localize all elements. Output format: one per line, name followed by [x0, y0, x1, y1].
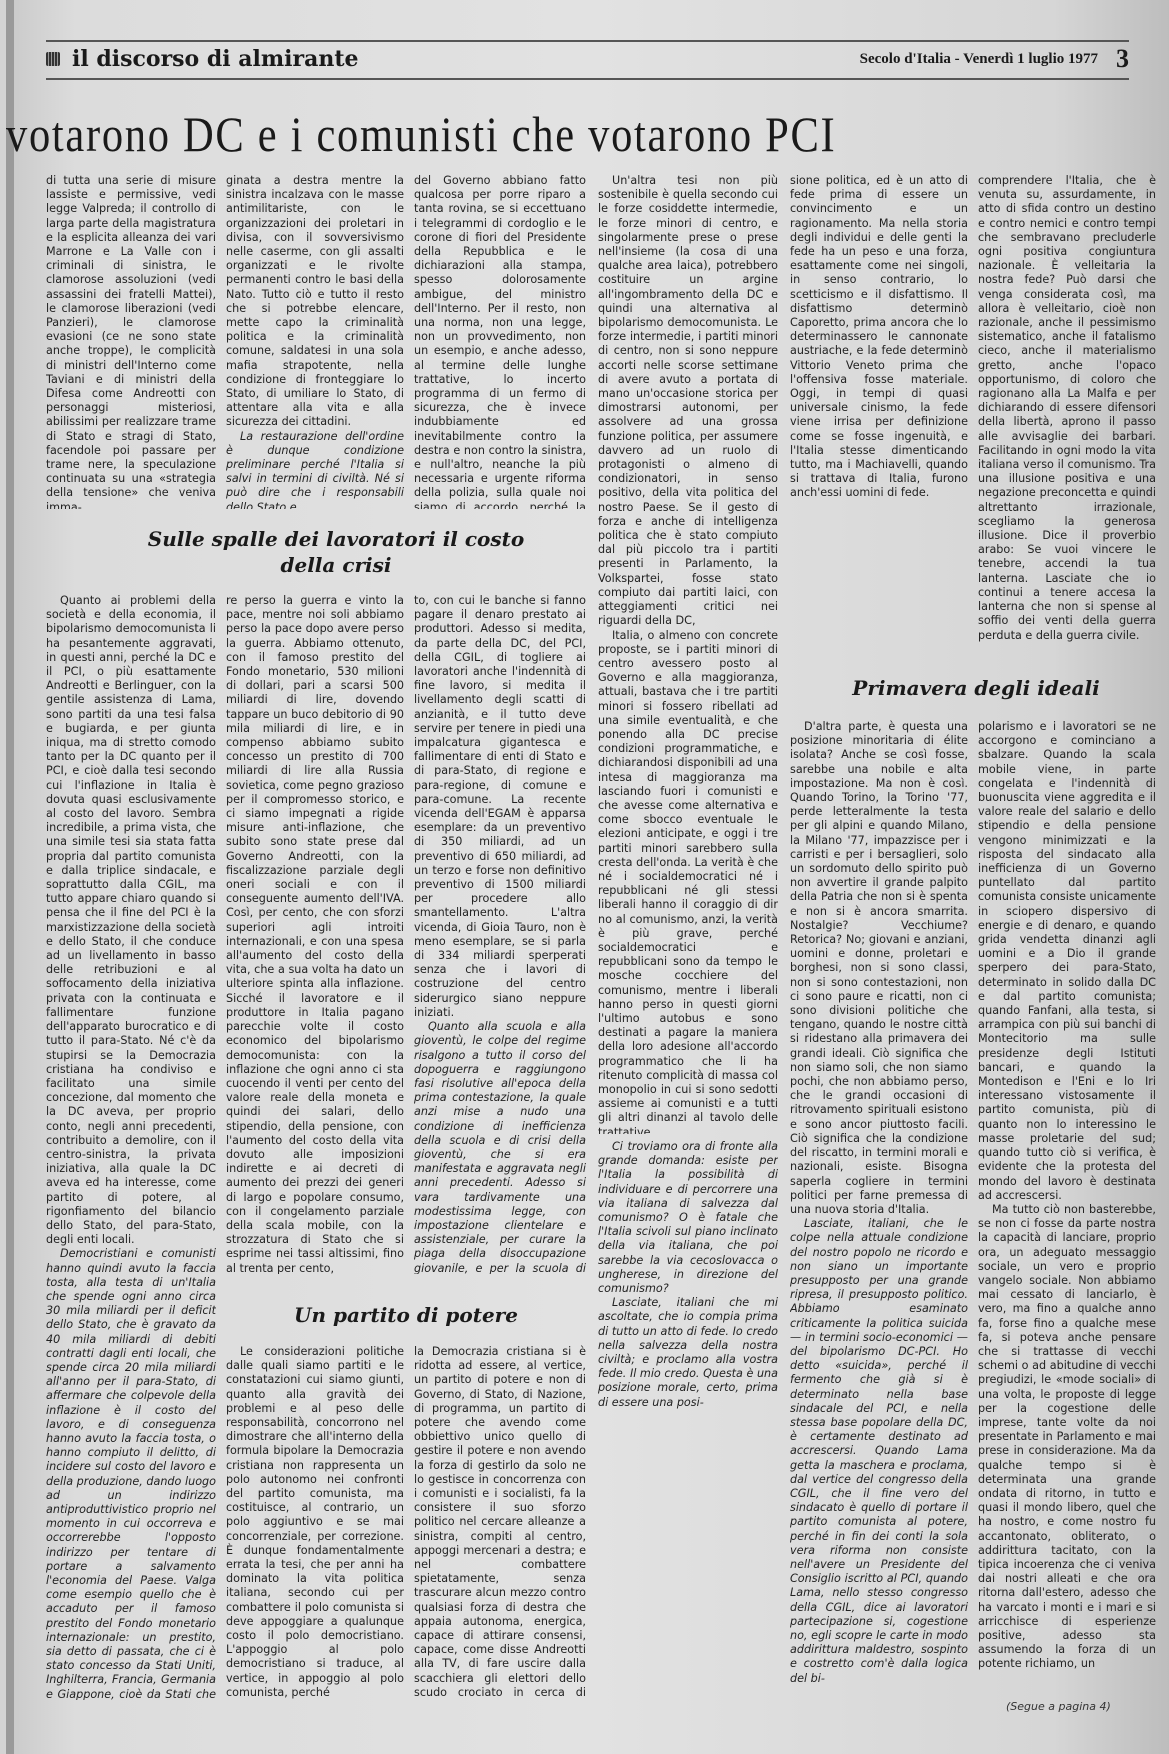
paragraph: Italia, o almeno con concrete proposte, …	[598, 629, 778, 1135]
header-rule-bottom	[46, 78, 1129, 80]
column-5-top: sione politica, ed è un atto di fede pri…	[790, 174, 968, 664]
paragraph: re perso la guerra e vinto la pace, ment…	[226, 594, 404, 1274]
paragraph: Quanto alla scuola e alla gioventù, le c…	[414, 1020, 586, 1274]
column-3-bottom: la Democrazia cristiana si è ridotta ad …	[414, 1345, 586, 1700]
column-1-mid: Quanto ai problemi della società e della…	[46, 594, 216, 1700]
paragraph: Lasciate, italiani che mi ascoltate, che…	[598, 1296, 778, 1410]
subhead-lavoratori: Sulle spalle dei lavoratori il costo del…	[146, 526, 526, 578]
paragraph: la Democrazia cristiana si è ridotta ad …	[414, 1345, 586, 1700]
paragraph: Quanto ai problemi della società e della…	[46, 594, 216, 1247]
paragraph: to, con cui le banche si fanno pagare il…	[414, 594, 586, 1020]
paragraph: del Governo abbiano fatto qualcosa per p…	[414, 174, 586, 509]
section-title: il discorso di almirante	[72, 46, 359, 72]
page-header: il discorso di almirante Secolo d'Italia…	[46, 44, 1129, 74]
paragraph: Ci troviamo ora di fronte alla grande do…	[598, 1140, 778, 1296]
paragraph: Un'altra tesi non più sostenibile è quel…	[598, 174, 778, 629]
page-number: 3	[1116, 44, 1129, 74]
column-2-bottom: Le considerazioni politiche dalle quali …	[226, 1345, 404, 1700]
column-2-mid: re perso la guerra e vinto la pace, ment…	[226, 594, 404, 1274]
paragraph: comprendere l'Italia, che è venuta su, a…	[978, 174, 1156, 643]
paragraph: sione politica, ed è un atto di fede pri…	[790, 174, 968, 501]
column-3-top: del Governo abbiano fatto qualcosa per p…	[414, 174, 586, 509]
continuation-note: (Segue a pagina 4)	[1006, 1700, 1111, 1713]
column-6-top: comprendere l'Italia, che è venuta su, a…	[978, 174, 1156, 664]
paragraph: Ma tutto ciò non basterebbe, se non ci f…	[978, 1203, 1156, 1672]
paragraph: Le considerazioni politiche dalle quali …	[226, 1345, 404, 1700]
headline: votarono DC e i comunisti che votarono P…	[6, 105, 856, 163]
newspaper-page: il discorso di almirante Secolo d'Italia…	[6, 0, 1169, 1754]
section-marker-icon	[46, 52, 60, 66]
column-4: Un'altra tesi non più sostenibile è quel…	[598, 174, 778, 1134]
page-spine	[6, 0, 14, 1754]
column-6-mid: polarismo e i lavoratori se ne accorgono…	[978, 720, 1156, 1680]
paragraph: Democristiani e comunisti hanno quindi a…	[46, 1247, 216, 1700]
paragraph: La restaurazione dell'ordine è dunque co…	[226, 430, 404, 509]
column-4-bottom: Ci troviamo ora di fronte alla grande do…	[598, 1140, 778, 1700]
column-2-top: ginata a destra mentre la sinistra incal…	[226, 174, 404, 509]
publication-dateline: Secolo d'Italia - Venerdì 1 luglio 1977	[860, 51, 1098, 68]
paragraph: di tutta una serie di misure lassiste e …	[46, 174, 216, 509]
header-rule-top	[46, 40, 1129, 42]
column-3-mid: to, con cui le banche si fanno pagare il…	[414, 594, 586, 1274]
subhead-potere: Un partito di potere	[246, 1302, 566, 1328]
paragraph: D'altra parte, è questa una posizione mi…	[790, 720, 968, 1217]
column-1-top: di tutta una serie di misure lassiste e …	[46, 174, 216, 509]
paragraph: polarismo e i lavoratori se ne accorgono…	[978, 720, 1156, 1203]
paragraph: ginata a destra mentre la sinistra incal…	[226, 174, 404, 430]
column-5-mid: D'altra parte, è questa una posizione mi…	[790, 720, 968, 1700]
paragraph: Lasciate, italiani, che le colpe nella a…	[790, 1217, 968, 1686]
subhead-ideali: Primavera degli ideali	[806, 675, 1146, 701]
